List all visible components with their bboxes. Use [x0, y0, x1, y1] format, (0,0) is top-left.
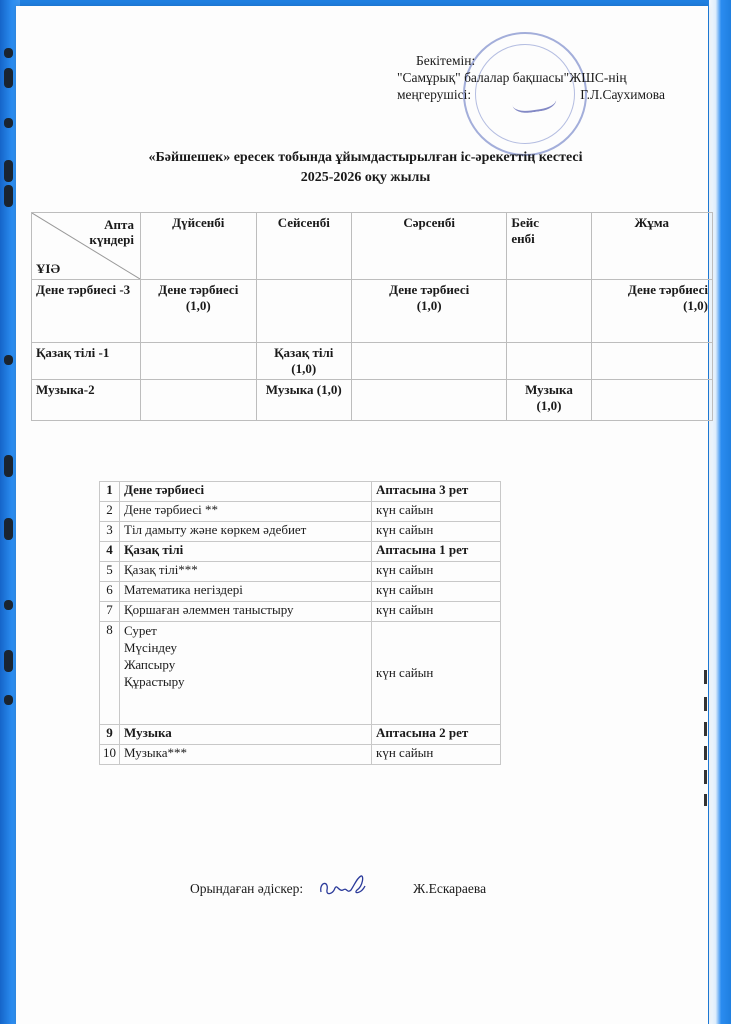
- subject-name: Тіл дамыту және көркем әдебиет: [120, 522, 372, 542]
- corner-top-label: Апта күндері: [89, 217, 134, 247]
- subject-number: 9: [100, 725, 120, 745]
- subject-row: 4Қазақ тіліАптасына 1 рет: [100, 542, 501, 562]
- subject-frequency: күн сайын: [372, 582, 501, 602]
- day-header-friday: Жұма: [591, 213, 713, 280]
- schedule-row: Дене тәрбиесі -3 Дене тәрбиесі (1,0) Ден…: [32, 280, 713, 343]
- approval-role: меңгерушісі:: [397, 86, 471, 103]
- subject-row: 6Математика негіздерікүн сайын: [100, 582, 501, 602]
- subject-row: 9МузыкаАптасына 2 рет: [100, 725, 501, 745]
- schedule-row: Музыка-2 Музыка (1,0) Музыка (1,0): [32, 380, 713, 421]
- subject-number: 1: [100, 482, 120, 502]
- methodist-signature: [317, 878, 369, 900]
- schedule-cell: Дене тәрбиесі (1,0): [141, 280, 257, 343]
- schedule-cell: [591, 343, 713, 380]
- schedule-cell: [507, 280, 591, 343]
- subject-frequency: күн сайын: [372, 562, 501, 582]
- footer-signoff: Орындаған әдіскер: Ж.Ескараева: [190, 878, 486, 900]
- subject-frequency: күн сайын: [372, 502, 501, 522]
- methodist-label: Орындаған әдіскер:: [190, 881, 303, 897]
- schedule-cell: Дене тәрбиесі (1,0): [591, 280, 713, 343]
- subject-number: 10: [100, 745, 120, 765]
- approval-name: Г.Л.Саухимова: [580, 86, 665, 103]
- schedule-cell: [351, 380, 506, 421]
- schedule-table: Апта күндері ҰІӘ Дүйсенбі Сейсенбі Сәрсе…: [31, 212, 713, 421]
- subject-name: Дене тәрбиесі **: [120, 502, 372, 522]
- day-header-thursday: Бейс енбі: [507, 213, 591, 280]
- subject-number: 8: [100, 622, 120, 725]
- subject-row: 8СуретМүсіндеуЖапсыруҚұрастырукүн сайын: [100, 622, 501, 725]
- subject-number: 4: [100, 542, 120, 562]
- subject-frequency: күн сайын: [372, 745, 501, 765]
- schedule-cell: [141, 380, 257, 421]
- subject-row: 7Қоршаған әлеммен таныстырукүн сайын: [100, 602, 501, 622]
- day-header-tuesday: Сейсенбі: [256, 213, 351, 280]
- subject-frequency: Аптасына 2 рет: [372, 725, 501, 745]
- schedule-cell: [591, 380, 713, 421]
- schedule-row: Қазақ тілі -1 Қазақ тілі (1,0): [32, 343, 713, 380]
- schedule-cell: [351, 343, 506, 380]
- subject-name-line: Жапсыру: [124, 656, 367, 673]
- subject-frequency: күн сайын: [372, 622, 501, 725]
- subject-row: 3Тіл дамыту және көркем әдебиеткүн сайын: [100, 522, 501, 542]
- row-label: Қазақ тілі -1: [32, 343, 141, 380]
- row-label: Музыка-2: [32, 380, 141, 421]
- subject-row: 1Дене тәрбиесіАптасына 3 рет: [100, 482, 501, 502]
- methodist-name: Ж.Ескараева: [413, 881, 486, 897]
- approval-line-3: меңгерушісі: Г.Л.Саухимова: [397, 86, 677, 103]
- subject-name: Музыка: [120, 725, 372, 745]
- subject-row: 2Дене тәрбиесі **күн сайын: [100, 502, 501, 522]
- subjects-table: 1Дене тәрбиесіАптасына 3 рет2Дене тәрбие…: [99, 481, 501, 765]
- subject-row: 10Музыка***күн сайын: [100, 745, 501, 765]
- corner-header: Апта күндері ҰІӘ: [32, 213, 141, 280]
- academic-year: 2025-2026 оқу жылы: [0, 170, 731, 186]
- approval-line-1: Бекітемін:: [397, 52, 677, 69]
- subject-name: Математика негіздері: [120, 582, 372, 602]
- day-header-monday: Дүйсенбі: [141, 213, 257, 280]
- subject-frequency: Аптасына 3 рет: [372, 482, 501, 502]
- subject-number: 6: [100, 582, 120, 602]
- subject-name: Музыка***: [120, 745, 372, 765]
- schedule-cell: Дене тәрбиесі (1,0): [351, 280, 506, 343]
- schedule-header-row: Апта күндері ҰІӘ Дүйсенбі Сейсенбі Сәрсе…: [32, 213, 713, 280]
- approval-line-2: "Самұрық" балалар бақшасы"ЖШС-нің: [397, 69, 677, 86]
- subject-number: 5: [100, 562, 120, 582]
- corner-bottom-label: ҰІӘ: [36, 261, 60, 277]
- schedule-cell: [141, 343, 257, 380]
- schedule-cell: Қазақ тілі (1,0): [256, 343, 351, 380]
- subject-name: Қоршаған әлеммен таныстыру: [120, 602, 372, 622]
- subject-name: Қазақ тілі: [120, 542, 372, 562]
- document-title: «Бәйшешек» ересек тобында ұйымдастырылға…: [0, 150, 731, 166]
- day-header-wednesday: Сәрсенбі: [351, 213, 506, 280]
- schedule-cell: [507, 343, 591, 380]
- subject-frequency: күн сайын: [372, 522, 501, 542]
- schedule-cell: Музыка (1,0): [256, 380, 351, 421]
- approval-block: Бекітемін: "Самұрық" балалар бақшасы"ЖШС…: [397, 52, 677, 103]
- subject-name: Қазақ тілі***: [120, 562, 372, 582]
- subject-name: Дене тәрбиесі: [120, 482, 372, 502]
- subject-name: СуретМүсіндеуЖапсыруҚұрастыру: [120, 622, 372, 725]
- subject-name-line: Құрастыру: [124, 673, 367, 690]
- subject-number: 7: [100, 602, 120, 622]
- schedule-cell: [256, 280, 351, 343]
- subject-name-line: Сурет: [124, 622, 367, 639]
- subject-frequency: күн сайын: [372, 602, 501, 622]
- schedule-cell: Музыка (1,0): [507, 380, 591, 421]
- subject-number: 2: [100, 502, 120, 522]
- subject-number: 3: [100, 522, 120, 542]
- subject-name-line: Мүсіндеу: [124, 639, 367, 656]
- subject-row: 5Қазақ тілі***күн сайын: [100, 562, 501, 582]
- row-label: Дене тәрбиесі -3: [32, 280, 141, 343]
- subject-frequency: Аптасына 1 рет: [372, 542, 501, 562]
